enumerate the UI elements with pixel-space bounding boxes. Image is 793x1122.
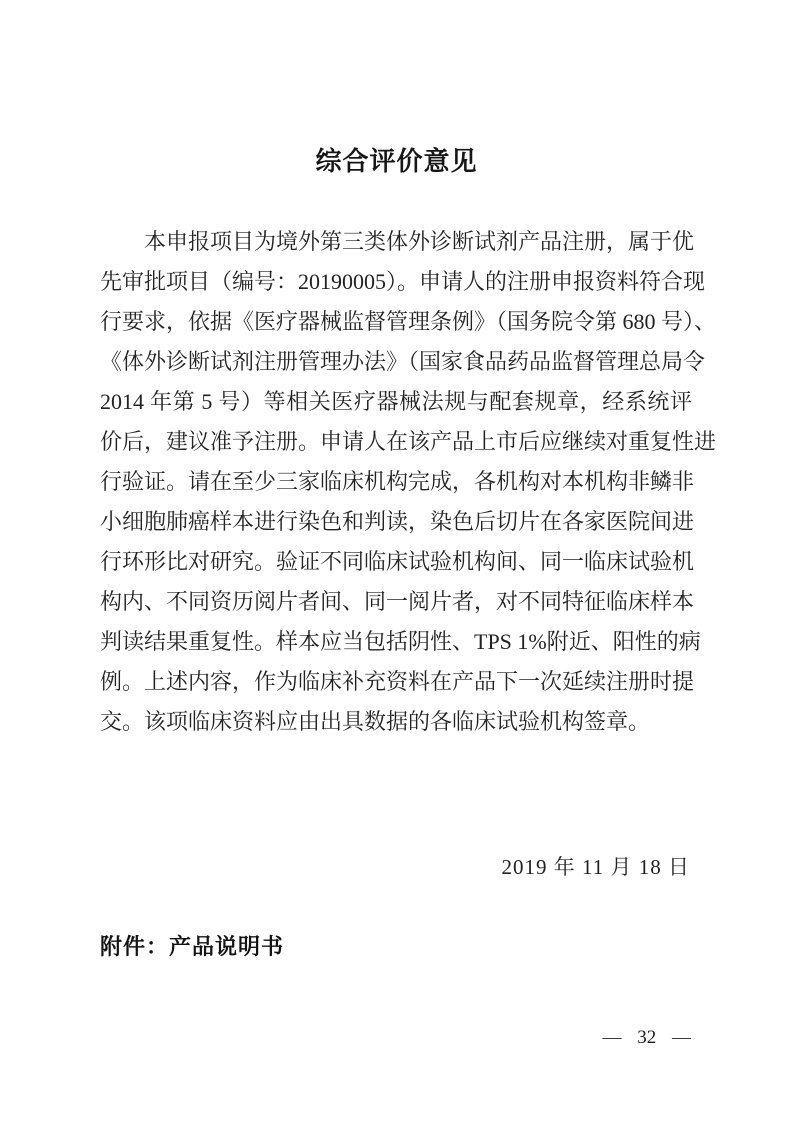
- page-title: 综合评价意见: [0, 141, 793, 178]
- page-number-dash-left: —: [603, 1027, 622, 1048]
- paragraph-line: 交。该项临床资料应由出具数据的各临床试验机构签章。: [100, 702, 692, 742]
- page-number-dash-right: —: [672, 1027, 691, 1048]
- paragraph-line: 本申报项目为境外第三类体外诊断试剂产品注册，属于优: [100, 222, 692, 262]
- paragraph-line: 2014 年第 5 号）等相关医疗器械法规与配套规章，经系统评: [100, 382, 692, 422]
- paragraph-line: 《体外诊断试剂注册管理办法》（国家食品药品监督管理总局令: [100, 342, 692, 382]
- paragraph-line: 构内、不同资历阅片者间、同一阅片者，对不同特征临床样本: [100, 582, 692, 622]
- paragraph-line: 行要求，依据《医疗器械监督管理条例》（国务院令第 680 号）、: [100, 302, 692, 342]
- paragraph-line: 先审批项目（编号：20190005）。申请人的注册申报资料符合现: [100, 262, 692, 302]
- paragraph-line: 例。上述内容，作为临床补充资料在产品下一次延续注册时提: [100, 662, 692, 702]
- attachment-note: 附件：产品说明书: [100, 932, 284, 962]
- paragraph-line: 小细胞肺癌样本进行染色和判读，染色后切片在各家医院间进: [100, 502, 692, 542]
- paragraph-line: 价后，建议准予注册。申请人在该产品上市后应继续对重复性进: [100, 422, 692, 462]
- page-number: — 32 —: [603, 1026, 692, 1050]
- paragraph-line: 判读结果重复性。样本应当包括阴性、TPS 1%附近、阳性的病: [100, 622, 692, 662]
- page-number-value: 32: [637, 1027, 656, 1048]
- body-paragraph: 本申报项目为境外第三类体外诊断试剂产品注册，属于优 先审批项目（编号：20190…: [100, 222, 692, 742]
- document-date: 2019 年 11 月 18 日: [502, 853, 690, 881]
- paragraph-line: 行验证。请在至少三家临床机构完成，各机构对本机构非鳞非: [100, 462, 692, 502]
- document-page: 综合评价意见 本申报项目为境外第三类体外诊断试剂产品注册，属于优 先审批项目（编…: [0, 0, 793, 1122]
- paragraph-line: 行环形比对研究。验证不同临床试验机构间、同一临床试验机: [100, 542, 692, 582]
